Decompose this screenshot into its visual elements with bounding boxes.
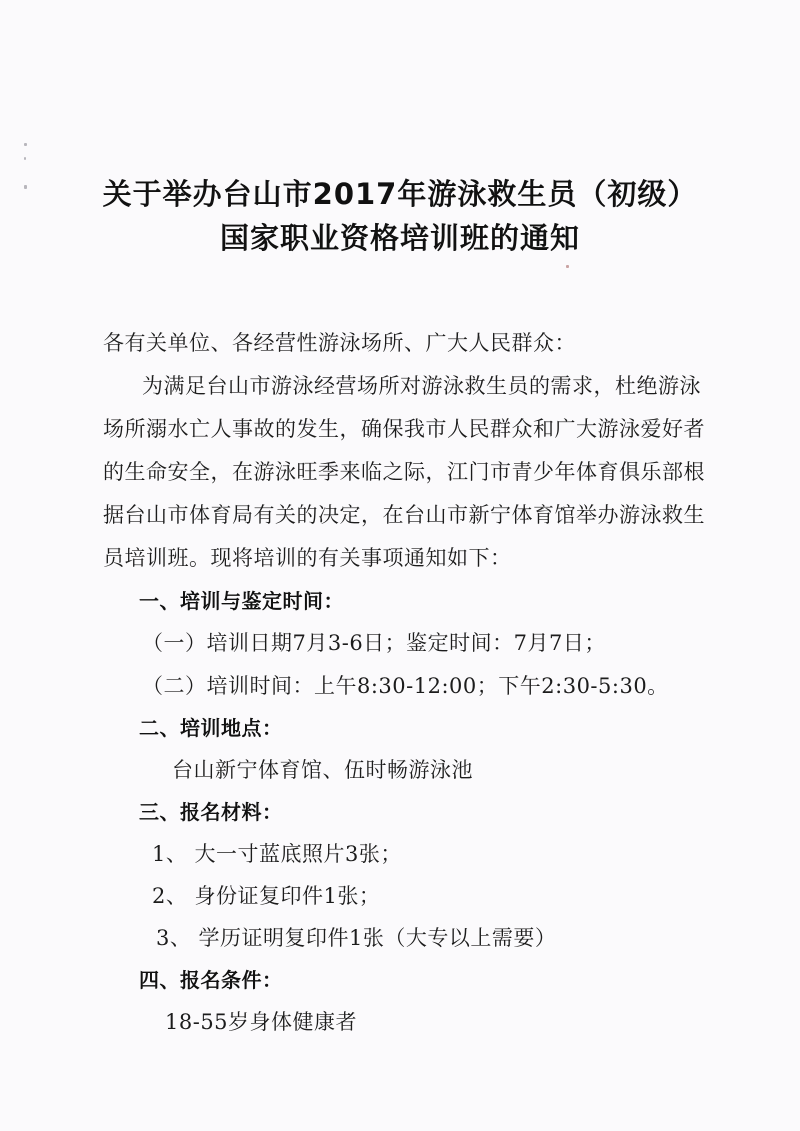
section-item: 1、 大一寸蓝底照片3张； [152,838,402,868]
scan-speck [24,143,27,146]
document-title-line1: 关于举办台山市2017年游泳救生员（初级） [0,172,800,213]
section-item: 3、 学历证明复印件1张（大专以上需要） [156,922,556,952]
section-item: 2、 身份证复印件1张； [152,880,380,910]
section-item: 18-55岁身体健康者 [165,1006,357,1036]
intro-line: 的生命安全，在游泳旺季来临之际，江门市青少年体育俱乐部根 [103,456,705,486]
scan-speck [24,157,26,160]
section-item: 台山新宁体育馆、伍时畅游泳池 [172,754,473,784]
intro-line: 场所溺水亡人事故的发生，确保我市人民群众和广大游泳爱好者 [103,413,705,443]
section-heading-requirements: 四、报名条件： [139,964,283,993]
section-item: （一）培训日期7月3-6日；鉴定时间：7月7日； [142,627,606,657]
scan-speck [566,265,569,268]
intro-line: 据台山市体育局有关的决定，在台山市新宁体育馆举办游泳救生 [103,499,705,529]
section-heading-materials: 三、报名材料： [139,796,283,825]
section-heading-time: 一、培训与鉴定时间： [139,585,344,614]
salutation: 各有关单位、各经营性游泳场所、广大人民群众： [103,327,576,357]
document-title-line2: 国家职业资格培训班的通知 [0,216,800,257]
intro-line: 为满足台山市游泳经营场所对游泳救生员的需求，杜绝游泳 [142,370,701,400]
section-item: （二）培训时间：上午8:30-12:00；下午2:30-5:30。 [142,670,669,700]
intro-line: 员培训班。现将培训的有关事项通知如下： [103,542,512,572]
document-page: 关于举办台山市2017年游泳救生员（初级） 国家职业资格培训班的通知 各有关单位… [0,0,800,1131]
section-heading-location: 二、培训地点： [139,712,283,741]
